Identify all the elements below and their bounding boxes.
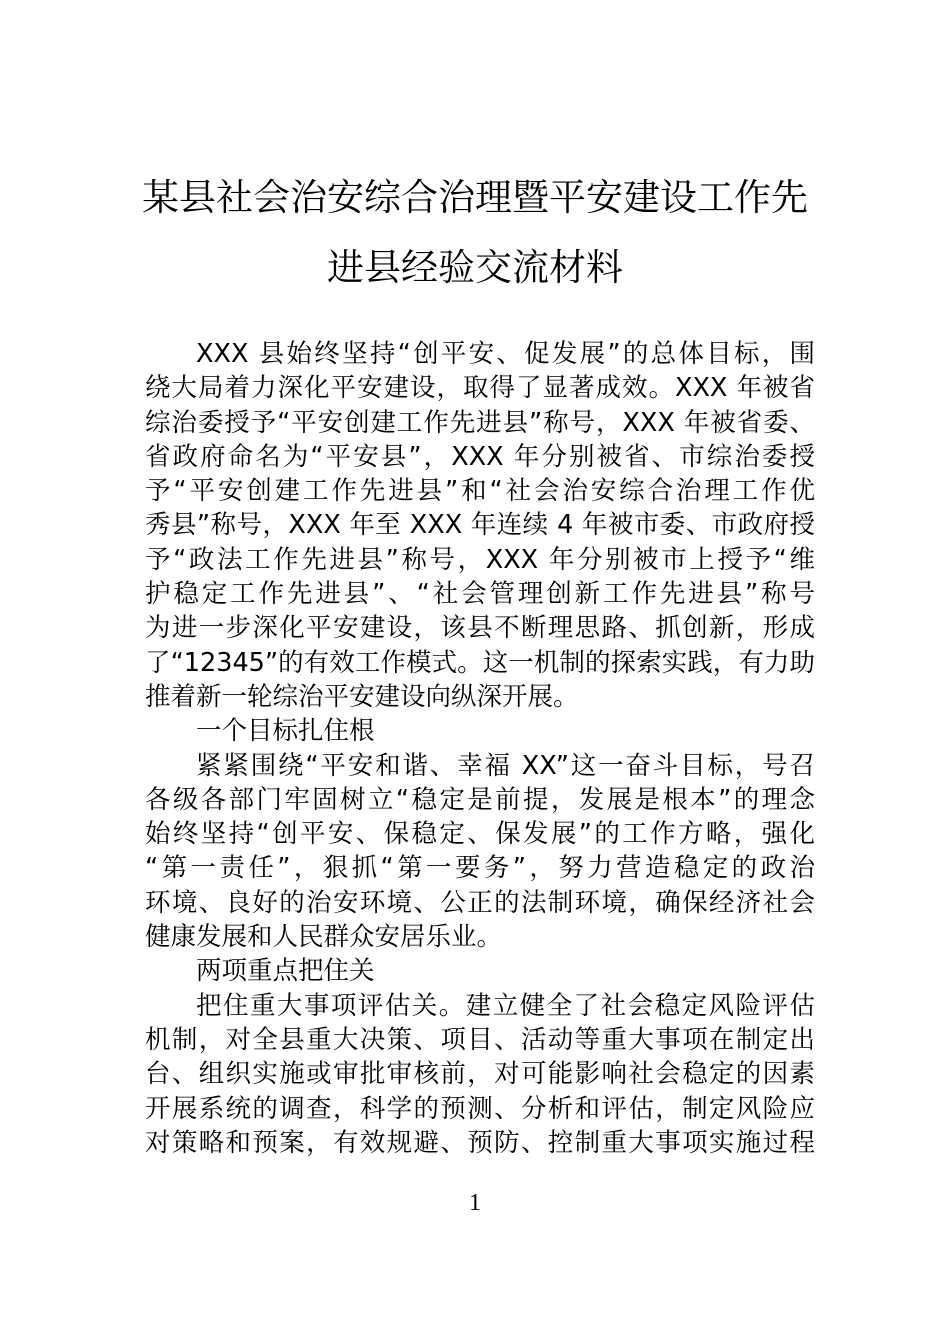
section-heading-1: 一个目标扎住根 [145, 714, 815, 748]
paragraph-3-line-5: 对策略和预案，有效规避、预防、控制重大事项实施过程 [145, 1126, 815, 1160]
paragraph-1-line-2: 绕大局着力深化平安建设，取得了显著成效。XXX 年被省 [145, 371, 815, 405]
document-title-line-1: 某县社会治安综合治理暨平安建设工作先 [0, 176, 950, 220]
paragraph-2-line-4: “第一责任”，狠抓“第一要务”，努力营造稳定的政治 [145, 851, 815, 885]
document-page: 某县社会治安综合治理暨平安建设工作先 进县经验交流材料 XXX 县始终坚持“创平… [0, 0, 950, 1344]
paragraph-1-line-5: 予“平安创建工作先进县”和“社会治安综合治理工作优 [145, 474, 815, 508]
paragraph-3-line-1: 把住重大事项评估关。建立健全了社会稳定风险评估 [145, 989, 815, 1023]
paragraph-1-line-1: XXX 县始终坚持“创平安、促发展”的总体目标，围 [145, 337, 815, 371]
paragraph-2-line-1: 紧紧围绕“平安和谐、幸福 XX”这一奋斗目标，号召 [145, 749, 815, 783]
paragraph-2-line-2: 各级各部门牢固树立“稳定是前提，发展是根本”的理念 [145, 783, 815, 817]
paragraph-3-line-4: 开展系统的调查，科学的预测、分析和评估，制定风险应 [145, 1092, 815, 1126]
paragraph-3-line-3: 台、组织实施或审批审核前，对可能影响社会稳定的因素 [145, 1057, 815, 1091]
document-title-line-2: 进县经验交流材料 [0, 246, 950, 290]
paragraph-1-line-4: 省政府命名为“平安县”，XXX 年分别被省、市综治委授 [145, 440, 815, 474]
paragraph-2-line-6: 健康发展和人民群众安居乐业。 [145, 920, 815, 954]
paragraph-1-line-11: 推着新一轮综治平安建设向纵深开展。 [145, 680, 815, 714]
paragraph-2-line-3: 始终坚持“创平安、保稳定、保发展”的工作方略，强化 [145, 817, 815, 851]
section-heading-2: 两项重点把住关 [145, 954, 815, 988]
page-number: 1 [0, 1188, 950, 1218]
paragraph-1-line-9: 为进一步深化平安建设，该县不断理思路、抓创新，形成 [145, 611, 815, 645]
paragraph-1-line-10: 了“12345”的有效工作模式。这一机制的探索实践，有力助 [145, 646, 815, 680]
paragraph-1-line-3: 综治委授予“平安创建工作先进县”称号，XXX 年被省委、 [145, 406, 815, 440]
paragraph-1-line-7: 予“政法工作先进县”称号，XXX 年分别被市上授予“维 [145, 543, 815, 577]
paragraph-3-line-2: 机制，对全县重大决策、项目、活动等重大事项在制定出 [145, 1023, 815, 1057]
paragraph-1-line-6: 秀县”称号，XXX 年至 XXX 年连续 4 年被市委、市政府授 [145, 508, 815, 542]
document-body: XXX 县始终坚持“创平安、促发展”的总体目标，围 绕大局着力深化平安建设，取得… [145, 337, 815, 1160]
paragraph-1-line-8: 护稳定工作先进县”、“社会管理创新工作先进县”称号 [145, 577, 815, 611]
paragraph-2-line-5: 环境、良好的治安环境、公正的法制环境，确保经济社会 [145, 886, 815, 920]
